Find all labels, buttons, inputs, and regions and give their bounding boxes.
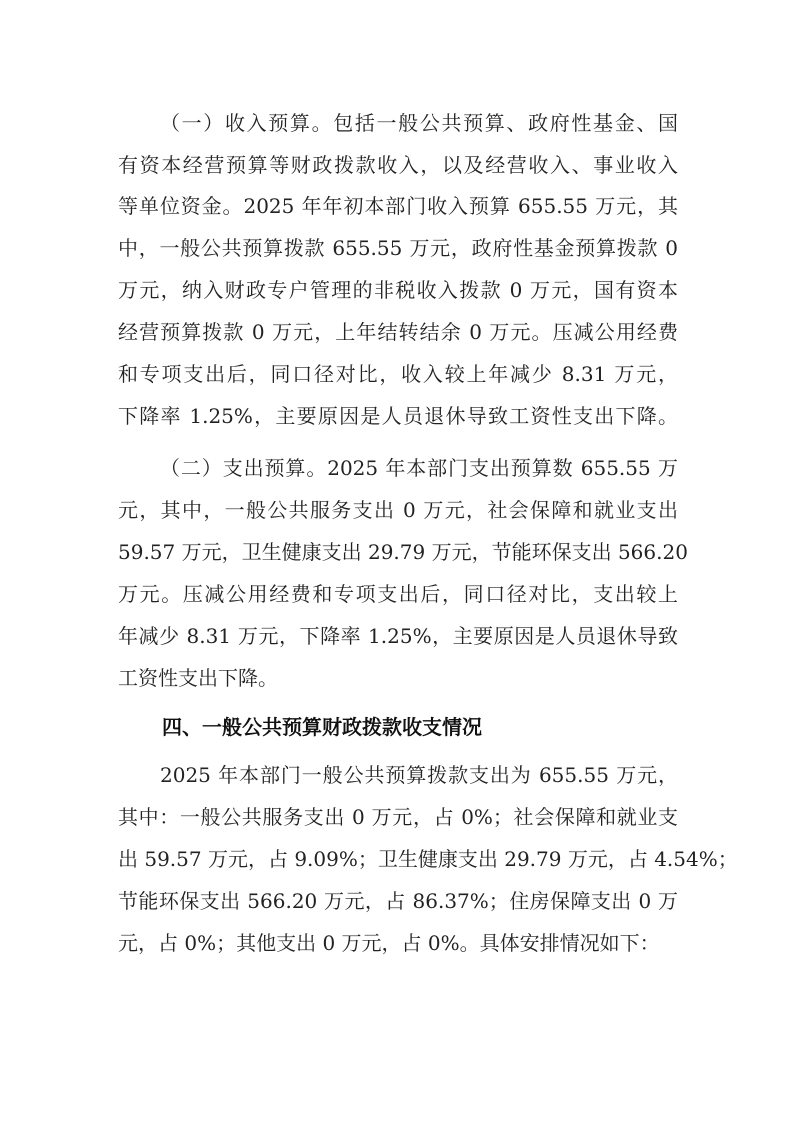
- document-page: （一）收入预算。包括一般公共预算、政府性基金、国 有资本经营预算等财政拨款收入，…: [0, 0, 793, 1122]
- section-paragraph-line-5: 元，占 0%；其他支出 0 万元，占 0%。具体安排情况如下：: [118, 930, 678, 956]
- expenditure-budget-line-2: 元，其中，一般公共服务支出 0 万元，社会保障和就业支出: [118, 497, 678, 523]
- expenditure-budget-line-6: 工资性支出下降。: [118, 665, 678, 691]
- income-budget-line-6: 经营预算拨款 0 万元，上年结转结余 0 万元。压减公用经费: [118, 319, 678, 345]
- income-budget-line-5: 万元，纳入财政专户管理的非税收入拨款 0 万元，国有资本: [118, 277, 678, 303]
- income-budget-line-2: 有资本经营预算等财政拨款收入，以及经营收入、事业收入: [118, 152, 678, 178]
- section-heading: 四、一般公共预算财政拨款收支情况: [162, 714, 482, 740]
- expenditure-budget-line-3: 59.57 万元，卫生健康支出 29.79 万元，节能环保支出 566.20: [118, 539, 678, 565]
- income-budget-line-8: 下降率 1.25%，主要原因是人员退休导致工资性支出下降。: [118, 403, 678, 429]
- income-budget-line-1: （一）收入预算。包括一般公共预算、政府性基金、国: [160, 110, 678, 136]
- income-budget-line-7: 和专项支出后，同口径对比，收入较上年减少 8.31 万元，: [118, 361, 678, 387]
- expenditure-budget-line-5: 年减少 8.31 万元，下降率 1.25%，主要原因是人员退休导致: [118, 623, 678, 649]
- expenditure-budget-line-4: 万元。压减公用经费和专项支出后，同口径对比，支出较上: [118, 581, 678, 607]
- section-paragraph-line-1: 2025 年本部门一般公共预算拨款支出为 655.55 万元，: [160, 762, 678, 788]
- section-paragraph-line-3: 出 59.57 万元，占 9.09%；卫生健康支出 29.79 万元，占 4.5…: [118, 846, 678, 872]
- expenditure-budget-line-1: （二）支出预算。2025 年本部门支出预算数 655.55 万: [160, 455, 678, 481]
- income-budget-line-3: 等单位资金。2025 年年初本部门收入预算 655.55 万元，其: [118, 193, 678, 219]
- income-budget-line-4: 中，一般公共预算拨款 655.55 万元，政府性基金预算拨款 0: [118, 235, 678, 261]
- section-paragraph-line-2: 其中：一般公共服务支出 0 万元，占 0%；社会保障和就业支: [118, 804, 678, 830]
- section-paragraph-line-4: 节能环保支出 566.20 万元，占 86.37%；住房保障支出 0 万: [118, 888, 678, 914]
